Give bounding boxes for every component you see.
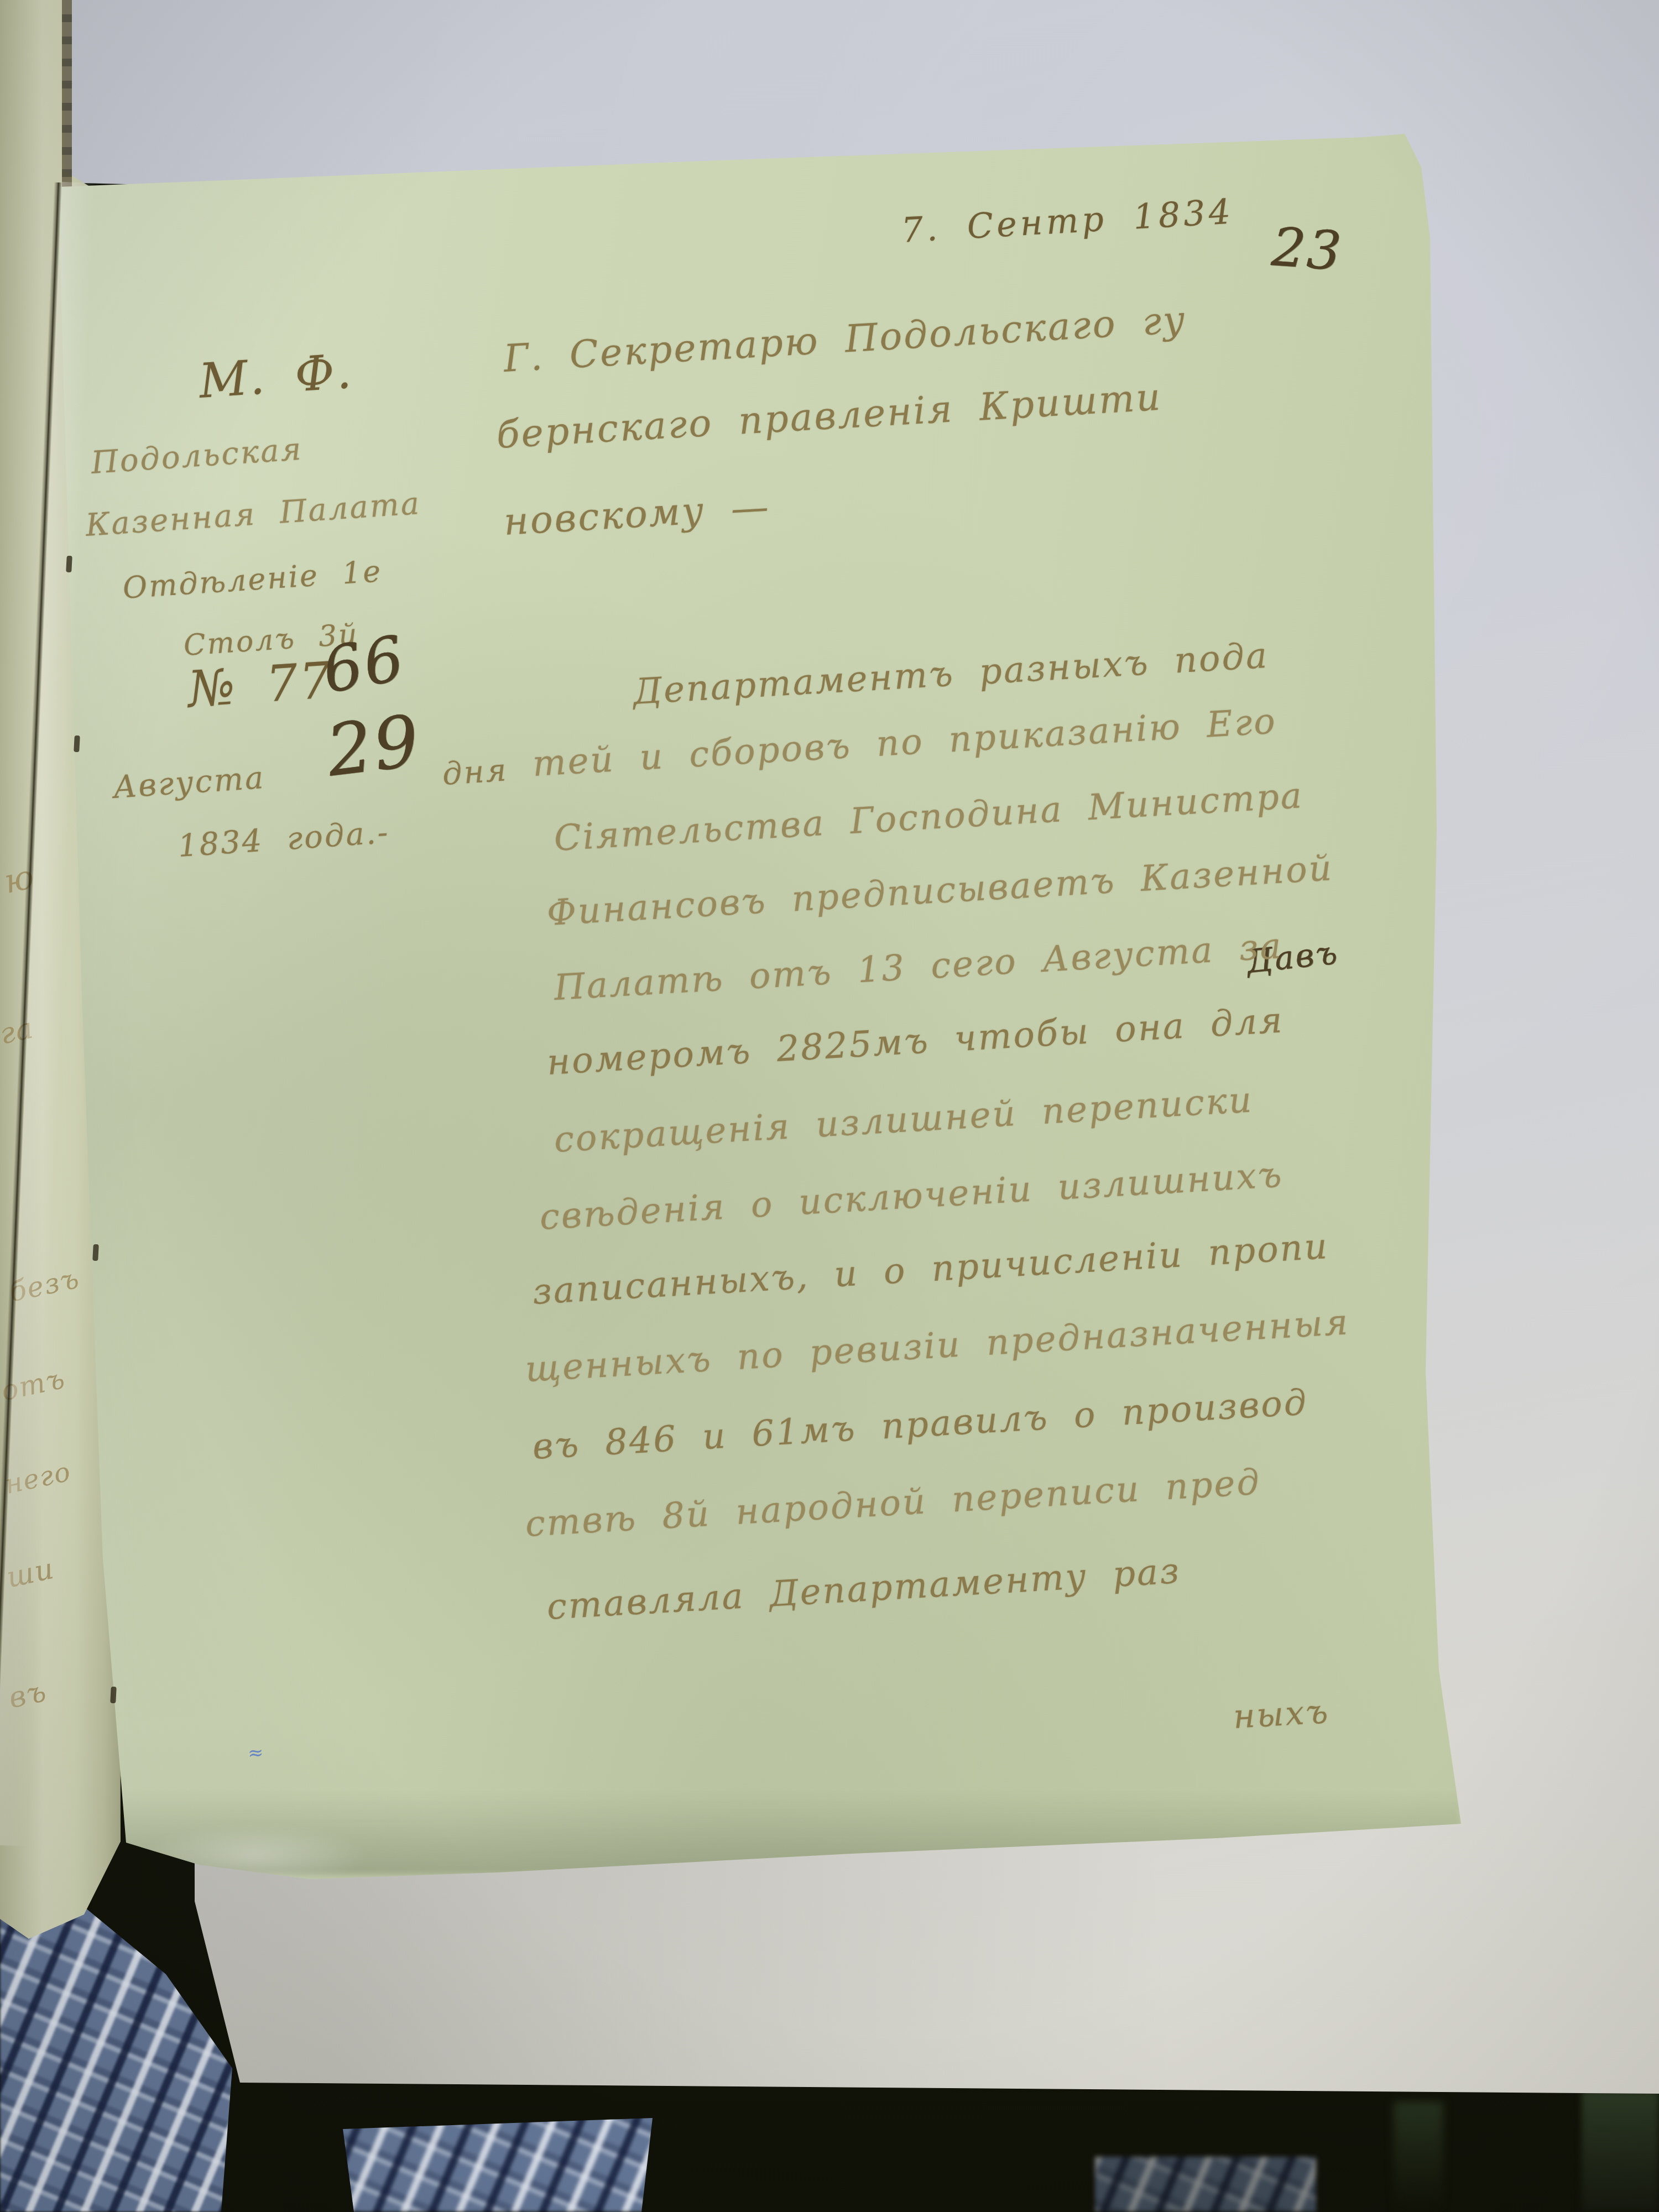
address-line: бернскаго правленія Кришти xyxy=(495,375,1164,457)
body-line: тей и сборовъ по приказанію Его xyxy=(531,701,1278,784)
page-number: 23 xyxy=(1270,216,1345,283)
body-line: ствѣ 8й народной переписи пред xyxy=(524,1462,1262,1545)
body-line: ставляла Департаменту раз xyxy=(546,1551,1182,1628)
binding-stitch xyxy=(74,735,80,752)
margin-month: Августа xyxy=(112,760,266,806)
binding-stitch xyxy=(110,1687,117,1703)
address-line: новскому — xyxy=(503,485,771,544)
binding-stitch xyxy=(66,556,72,572)
body-line: щенныхъ по ревизіи предназначенныя xyxy=(524,1302,1350,1390)
body-line: въ 846 и 61мъ правилъ о производ xyxy=(531,1382,1309,1468)
binding-stitch xyxy=(92,1244,99,1261)
margin-section-line: Отдѣленіе 1е xyxy=(122,554,383,606)
photograph-of-manuscript: ю га безъ отъ него ши въ 7. Сентр 1834 2… xyxy=(0,0,1659,2212)
plaid-fabric-bottom-right xyxy=(1095,2157,1316,2212)
margin-ministry-initials: М. Ф. xyxy=(197,344,354,409)
margin-day-word: дня xyxy=(441,752,509,792)
margin-office-line: Казенная Палата xyxy=(85,486,422,544)
margin-office-line: Подольская xyxy=(90,431,304,481)
body-line: Департаментъ разныхъ пода xyxy=(632,635,1270,713)
body-line: Сіятельства Господина Министра xyxy=(553,775,1305,859)
body-line: свѣденія о исключеніи излишнихъ xyxy=(539,1155,1284,1238)
body-line: Палатѣ отъ 13 сего Августа за xyxy=(553,926,1284,1009)
body-line: номеромъ 2825мъ чтобы она для xyxy=(546,1000,1285,1083)
received-date: 7. Сентр 1834 xyxy=(900,191,1235,251)
margin-day-number: 29 xyxy=(322,700,425,792)
shadow-streak xyxy=(1394,2101,1443,2212)
catchword: ныхъ xyxy=(1232,1692,1331,1736)
body-line: Финансовъ предписываетъ Казенной xyxy=(546,848,1334,934)
shadow-streak xyxy=(1582,2090,1659,2212)
margin-document-number-bold: 66 xyxy=(317,622,411,707)
margin-year: 1834 года.- xyxy=(177,815,390,864)
body-line: сокращенія излишней переписки xyxy=(553,1079,1254,1161)
binding-thread xyxy=(62,0,72,189)
address-line: Г. Секретарю Подольскаго гу xyxy=(503,298,1188,381)
blue-pencil-mark: ≈ xyxy=(247,1741,264,1765)
body-line: записанныхъ, и о причисленіи пропи xyxy=(531,1226,1330,1313)
margin-document-number: № 77 xyxy=(186,651,335,719)
